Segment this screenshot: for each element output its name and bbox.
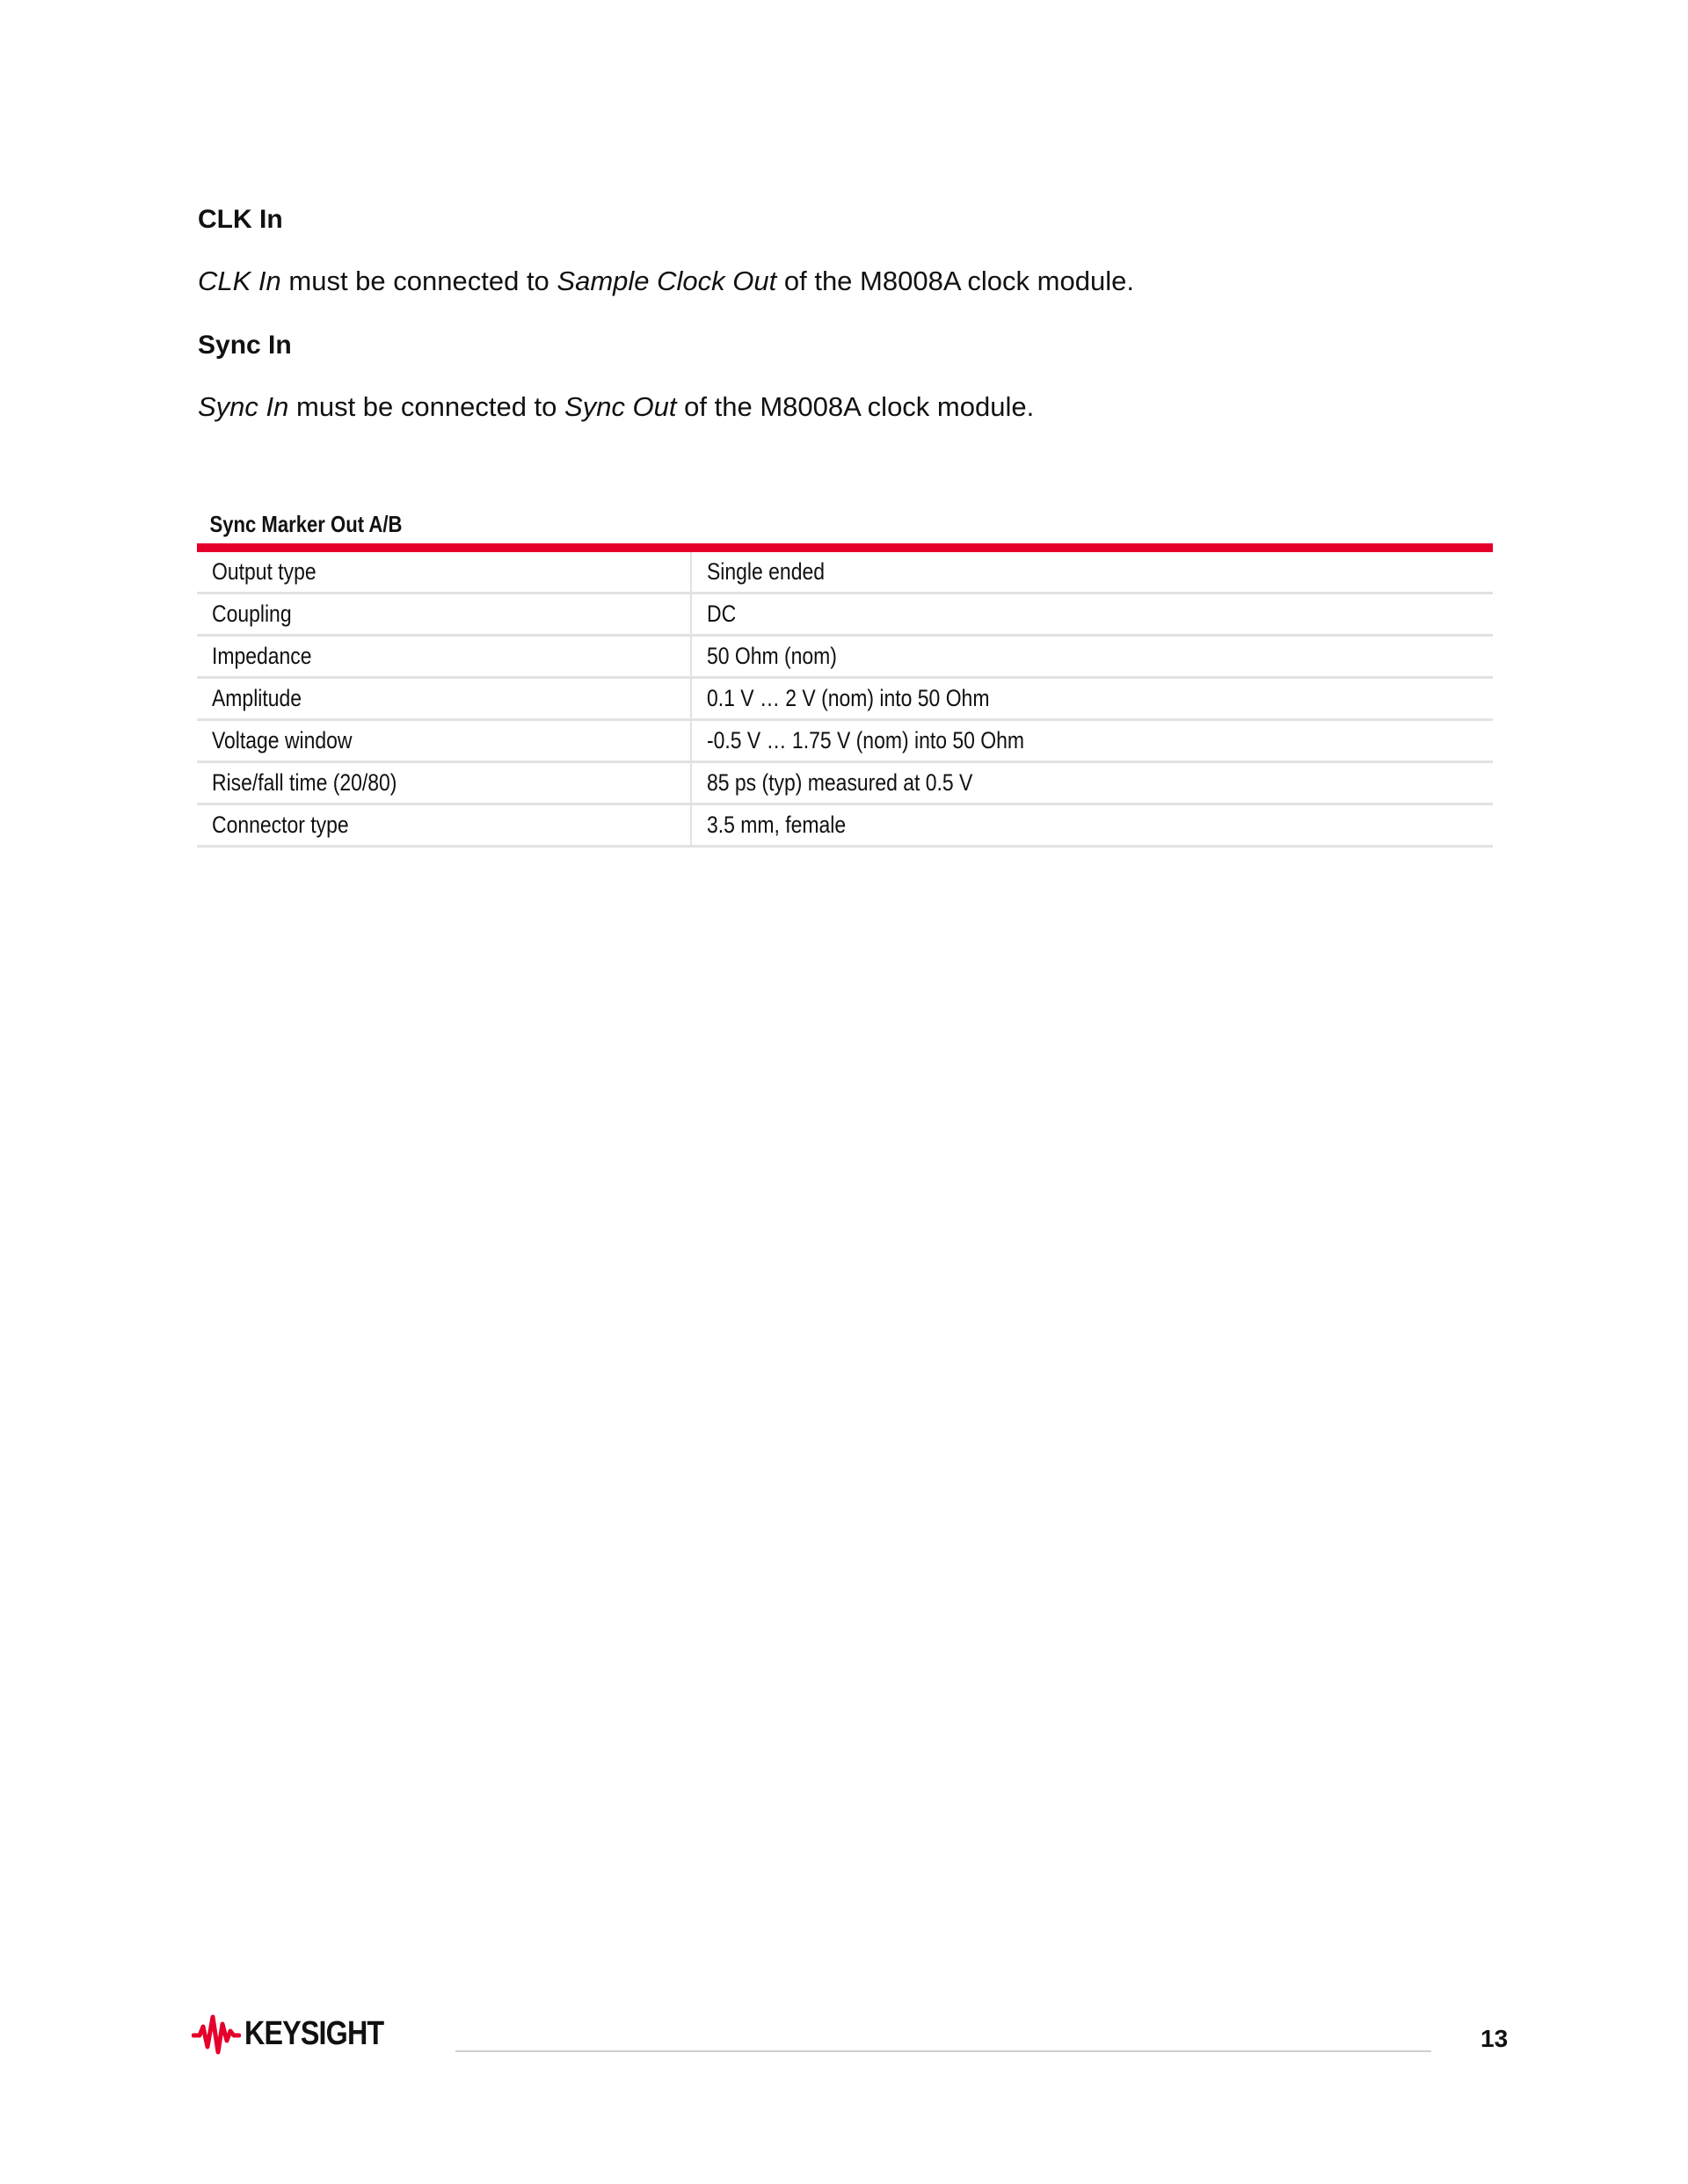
spec-value: DC <box>707 601 736 628</box>
body-part: of the M8008A clock module. <box>677 391 1035 422</box>
spec-value: 0.1 V … 2 V (nom) into 50 Ohm <box>707 685 989 712</box>
spec-label-cell: Voltage window <box>197 720 691 762</box>
table-row: Connector type3.5 mm, female <box>197 804 1493 847</box>
table-row: CouplingDC <box>197 593 1493 636</box>
keysight-wave-icon <box>192 2012 241 2056</box>
keysight-logo: KEYSIGHT <box>192 2012 408 2056</box>
spec-label: Coupling <box>212 601 292 628</box>
spec-label-cell: Output type <box>197 552 691 593</box>
spec-label: Output type <box>212 558 316 586</box>
spec-label-cell: Coupling <box>197 593 691 636</box>
table-row: Voltage window-0.5 V … 1.75 V (nom) into… <box>197 720 1493 762</box>
table-row: Amplitude0.1 V … 2 V (nom) into 50 Ohm <box>197 678 1493 720</box>
section-body-clk-in: CLK In must be connected to Sample Clock… <box>198 266 1134 297</box>
logo-text: KEYSIGHT <box>244 2015 383 2053</box>
table-row: Impedance50 Ohm (nom) <box>197 636 1493 678</box>
spec-value-cell: 85 ps (typ) measured at 0.5 V <box>691 762 1493 804</box>
spec-label: Impedance <box>212 643 312 670</box>
spec-label-cell: Amplitude <box>197 678 691 720</box>
spec-label: Voltage window <box>212 727 352 754</box>
section-heading-clk-in: CLK In <box>198 205 283 235</box>
body-part: of the M8008A clock module. <box>776 266 1134 296</box>
body-part: must be connected to <box>288 391 564 422</box>
document-page: CLK In CLK In must be connected to Sampl… <box>0 0 1688 2184</box>
body-part: Sample Clock Out <box>557 266 776 296</box>
footer-divider <box>455 2050 1431 2052</box>
spec-label: Rise/fall time (20/80) <box>212 769 397 797</box>
spec-value-cell: 50 Ohm (nom) <box>691 636 1493 678</box>
body-part: Sync Out <box>564 391 677 422</box>
spec-label-cell: Rise/fall time (20/80) <box>197 762 691 804</box>
spec-value-cell: DC <box>691 593 1493 636</box>
body-part: must be connected to <box>281 266 557 296</box>
spec-label-cell: Connector type <box>197 804 691 847</box>
spec-label-cell: Impedance <box>197 636 691 678</box>
table-row: Output typeSingle ended <box>197 552 1493 593</box>
spec-value-cell: 3.5 mm, female <box>691 804 1493 847</box>
spec-value: -0.5 V … 1.75 V (nom) into 50 Ohm <box>707 727 1024 754</box>
section-heading-sync-in: Sync In <box>198 331 292 360</box>
spec-label: Amplitude <box>212 685 302 712</box>
spec-value-cell: Single ended <box>691 552 1493 593</box>
body-part: CLK In <box>198 266 281 296</box>
spec-table: Sync Marker Out A/B Output typeSingle en… <box>197 508 1493 848</box>
section-body-sync-in: Sync In must be connected to Sync Out of… <box>198 391 1034 423</box>
spec-table-body: Output typeSingle endedCouplingDCImpedan… <box>197 552 1493 848</box>
body-part: Sync In <box>198 391 288 422</box>
spec-value: Single ended <box>707 558 825 586</box>
page-number: 13 <box>1481 2025 1508 2053</box>
spec-value: 85 ps (typ) measured at 0.5 V <box>707 769 972 797</box>
table-row: Rise/fall time (20/80)85 ps (typ) measur… <box>197 762 1493 804</box>
spec-table-title: Sync Marker Out A/B <box>197 508 1299 540</box>
spec-value: 50 Ohm (nom) <box>707 643 837 670</box>
spec-table-accent-bar <box>197 543 1493 552</box>
spec-value-cell: 0.1 V … 2 V (nom) into 50 Ohm <box>691 678 1493 720</box>
spec-label: Connector type <box>212 812 349 839</box>
spec-value-cell: -0.5 V … 1.75 V (nom) into 50 Ohm <box>691 720 1493 762</box>
spec-value: 3.5 mm, female <box>707 812 846 839</box>
